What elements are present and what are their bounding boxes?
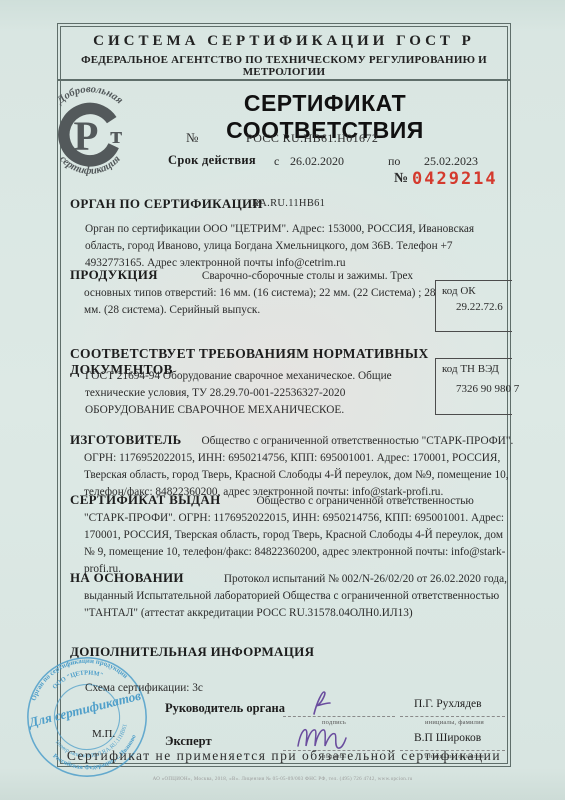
manufacturer-label: ИЗГОТОВИТЕЛЬ xyxy=(70,432,181,447)
product-section: ПРОДУКЦИЯСварочно-сборочные столы и зажи… xyxy=(70,265,450,319)
issued-label: СЕРТИФИКАТ ВЫДАН xyxy=(70,492,221,507)
ok-code-box: код ОК 29.22.72.6 xyxy=(435,280,512,332)
validity-to-label: по xyxy=(388,154,400,169)
mandatory-certification-note: Сертификат не применяется при обязательн… xyxy=(57,748,511,764)
basis-section: НА ОСНОВАНИИПротокол испытаний № 002/N-2… xyxy=(70,568,516,622)
tn-code-box: код ТН ВЭД 7326 90 980 7 xyxy=(435,358,512,415)
stamp-place-label: М.П. xyxy=(92,728,115,740)
product-label: ПРОДУКЦИЯ xyxy=(70,267,158,282)
head-role-label: Руководитель органа xyxy=(165,701,285,716)
certification-scheme-text: Схема сертификации: 3с xyxy=(85,680,203,697)
head-name-line xyxy=(400,716,505,717)
ok-code-label: код ОК xyxy=(442,285,476,297)
head-signature-line xyxy=(283,716,395,717)
certificate-page: СИСТЕМА СЕРТИФИКАЦИИ ГОСТ Р ФЕДЕРАЛЬНОЕ … xyxy=(0,0,565,800)
validity-label: Срок действия xyxy=(168,153,256,168)
logo-letter-t: т xyxy=(110,122,122,149)
head-name-caption: инициалы, фамилия xyxy=(425,719,484,726)
expert-role-label: Эксперт xyxy=(165,734,212,749)
tn-code-label: код ТН ВЭД xyxy=(442,363,499,375)
system-title: СИСТЕМА СЕРТИФИКАЦИИ ГОСТ Р xyxy=(57,23,511,50)
issued-section: СЕРТИФИКАТ ВЫДАНОбщество с ограниченной … xyxy=(70,490,516,578)
basis-label: НА ОСНОВАНИИ xyxy=(70,570,184,585)
form-imprint: АО «ОПЦИОН», Москва, 2018, «В». Лицензия… xyxy=(0,777,565,782)
ok-code-value: 29.22.72.6 xyxy=(442,300,512,314)
rst-logo: Добровольная сертификация Р т xyxy=(28,84,152,182)
head-name: П.Г. Рухлядев xyxy=(414,698,482,710)
validity-to-date: 25.02.2023 xyxy=(424,154,478,169)
blank-no-value: 0429214 xyxy=(412,169,498,189)
cert-no-value: РОСС RU.НВ61.Н01672 xyxy=(246,131,378,146)
org-code: RA.RU.11НВ61 xyxy=(252,198,325,209)
tn-code-value: 7326 90 980 7 xyxy=(442,382,512,396)
validity-from-label: с xyxy=(274,154,279,169)
agency-title: ФЕДЕРАЛЬНОЕ АГЕНТСТВО ПО ТЕХНИЧЕСКОМУ РЕ… xyxy=(57,54,511,78)
validity-from-date: 26.02.2020 xyxy=(290,154,344,169)
compliance-text: ГОСТ 21694-94 Оборудование сварочное мех… xyxy=(85,368,431,419)
cert-no-label: № xyxy=(186,130,198,146)
blank-no-label: № xyxy=(394,171,408,187)
expert-name: В.П Широков xyxy=(414,732,481,744)
logo-letter-r: Р xyxy=(73,113,98,158)
certificate-header: СИСТЕМА СЕРТИФИКАЦИИ ГОСТ Р ФЕДЕРАЛЬНОЕ … xyxy=(57,23,511,81)
org-section-label: ОРГАН ПО СЕРТИФИКАЦИИ xyxy=(70,196,263,212)
head-signature xyxy=(300,688,355,718)
